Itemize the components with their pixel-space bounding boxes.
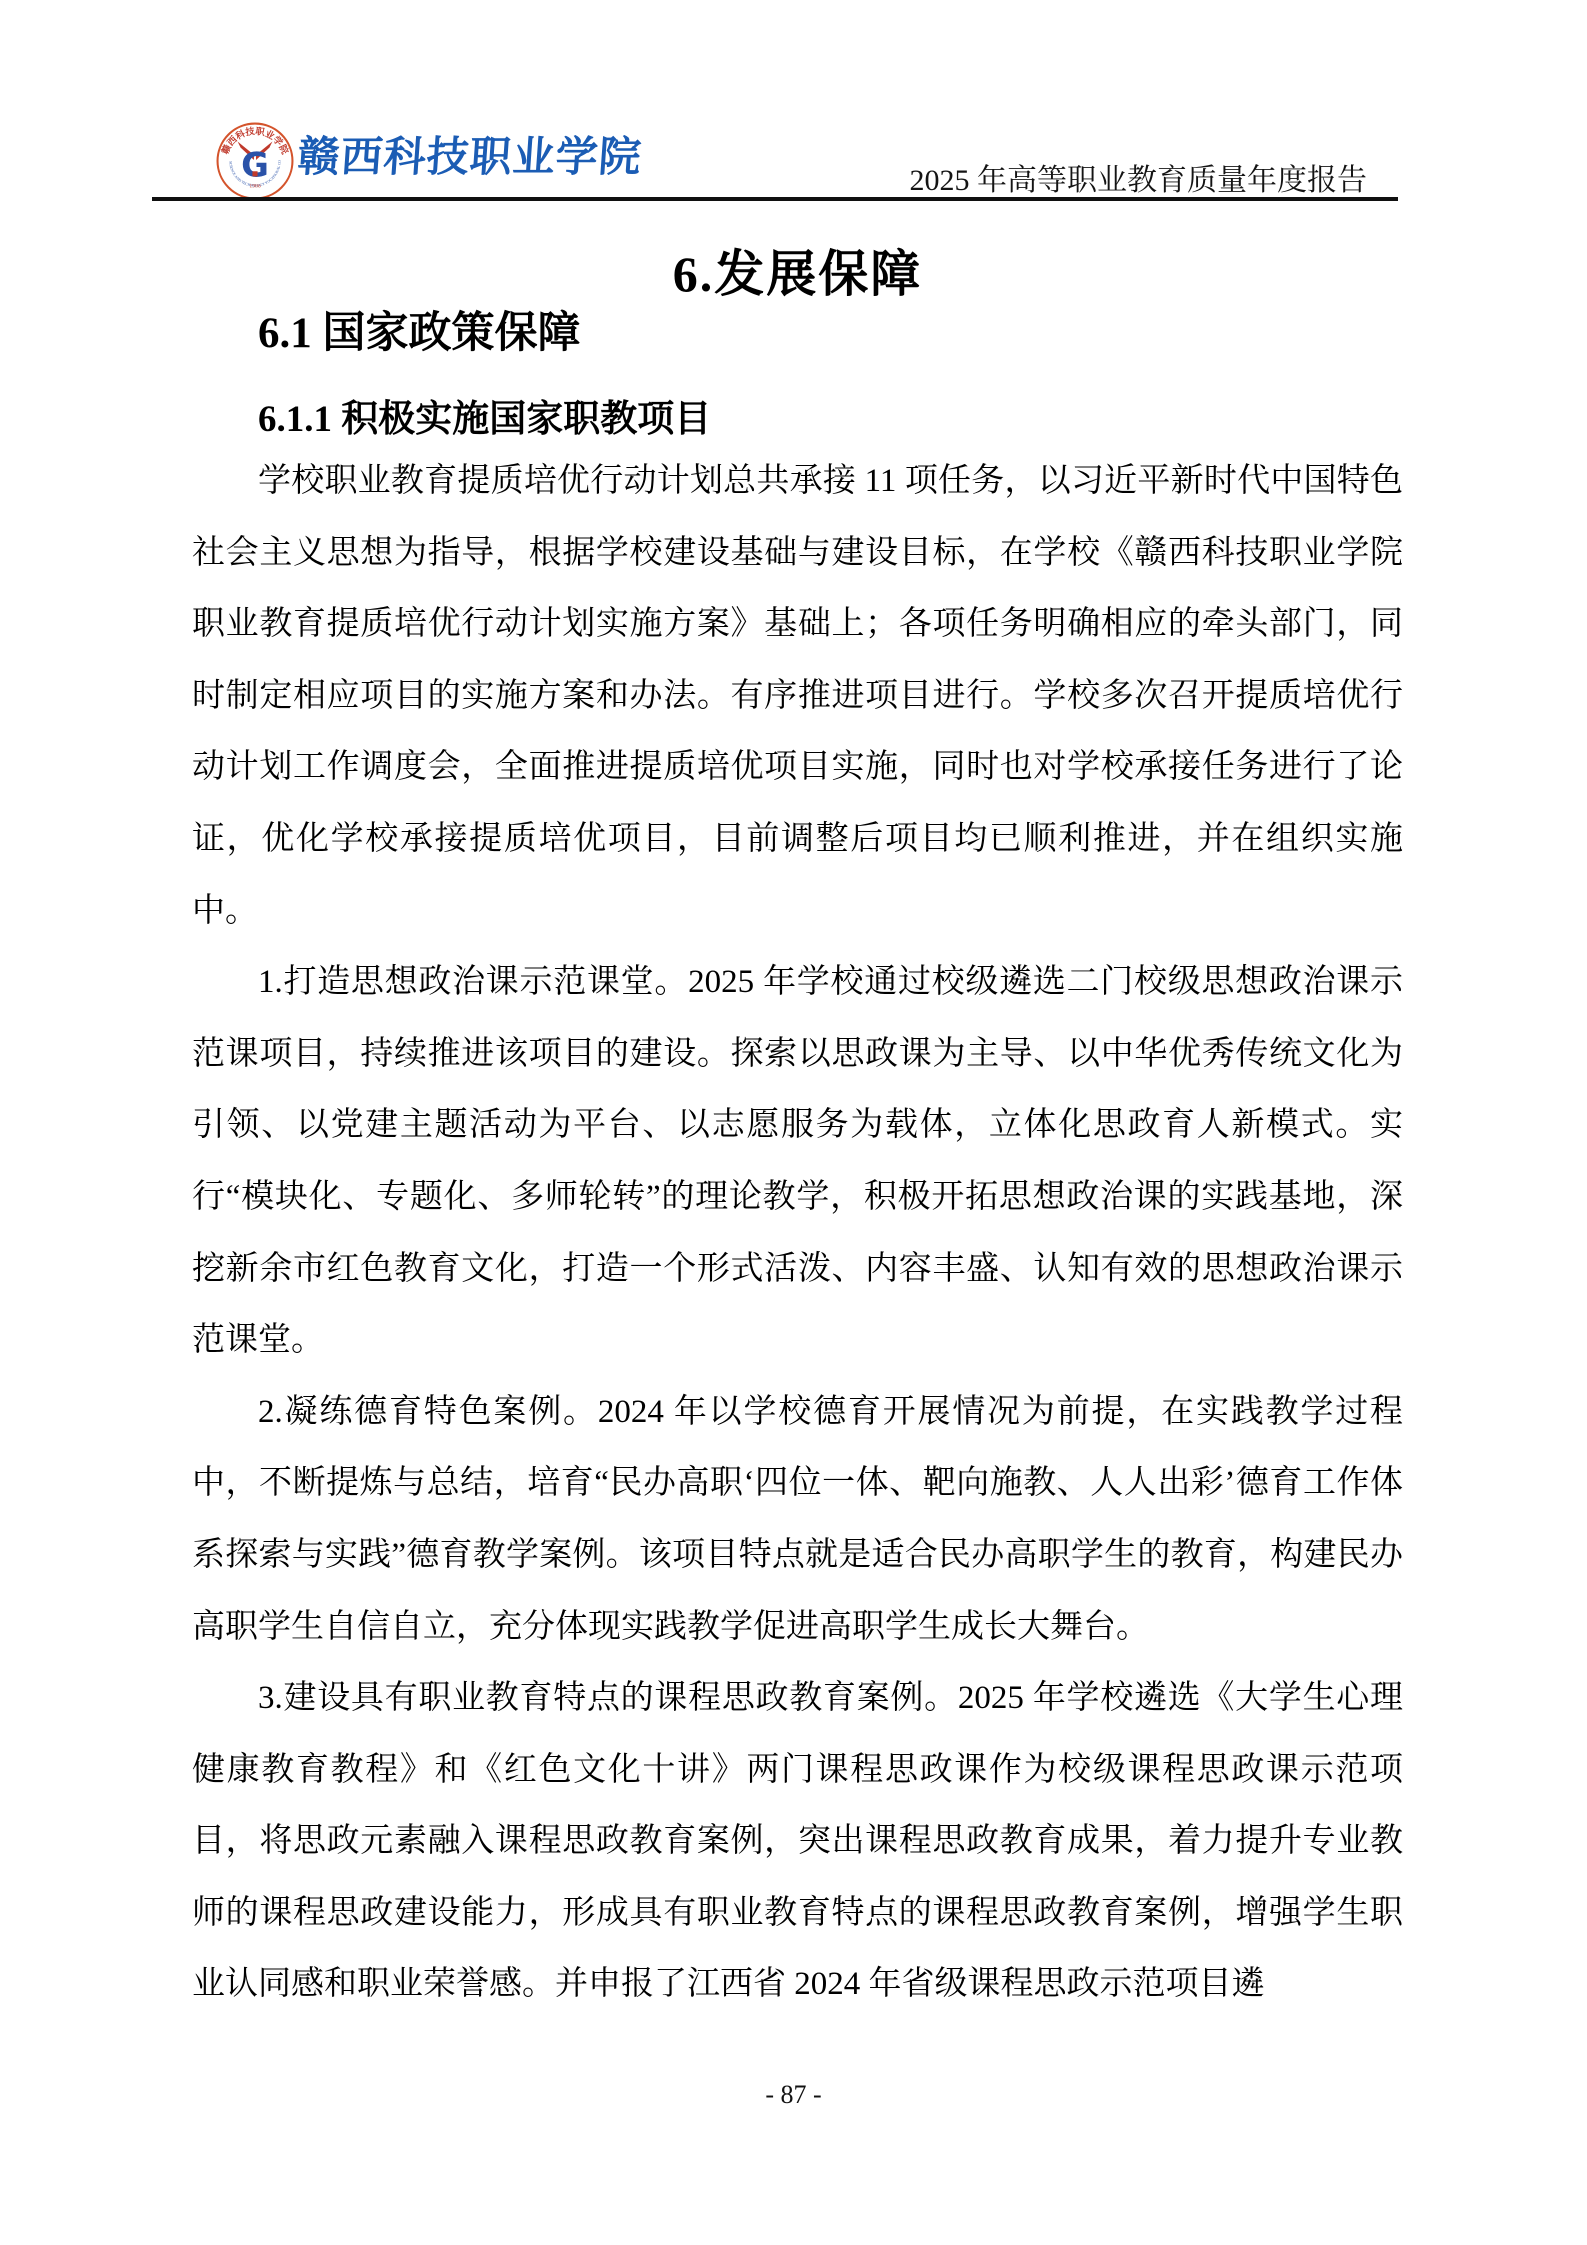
subsection-title: 6.1.1 积极实施国家职教项目 — [258, 388, 711, 442]
document-page: 赣西科技职业学院 GANXI SCIENCE AND TECHNOLOGY VO… — [0, 0, 1587, 2245]
school-name: 赣西科技职业学院 — [296, 124, 644, 184]
report-title: 2025 年高等职业教育质量年度报告 — [910, 155, 1368, 199]
body-text: 学校职业教育提质培优行动计划总共承接 11 项任务，以习近平新时代中国特色社会主… — [192, 446, 1403, 2021]
chapter-title: 6.发展保障 — [192, 234, 1403, 306]
header-divider — [152, 197, 1398, 201]
page-number: - 87 - — [765, 2080, 821, 2109]
seal-center-letter: G — [241, 145, 269, 184]
paragraph-4: 3.建设具有职业教育特点的课程思政教育案例。2025 年学校遴选《大学生心理健康… — [192, 1663, 1403, 2021]
page-footer: - 87 - — [0, 2080, 1587, 2110]
paragraph-3: 2.凝练德育特色案例。2024 年以学校德育开展情况为前提，在实践教学过程中，不… — [192, 1377, 1403, 1663]
seal-center-mark — [252, 171, 257, 176]
seal-year: 1986 — [249, 184, 260, 190]
paragraph-1: 学校职业教育提质培优行动计划总共承接 11 项任务，以习近平新时代中国特色社会主… — [192, 446, 1403, 947]
paragraph-2: 1.打造思想政治课示范课堂。2025 年学校通过校级遴选二门校级思想政治课示范课… — [192, 947, 1403, 1377]
college-seal-logo: 赣西科技职业学院 GANXI SCIENCE AND TECHNOLOGY VO… — [216, 122, 294, 200]
section-title: 6.1 国家政策保障 — [258, 299, 581, 360]
